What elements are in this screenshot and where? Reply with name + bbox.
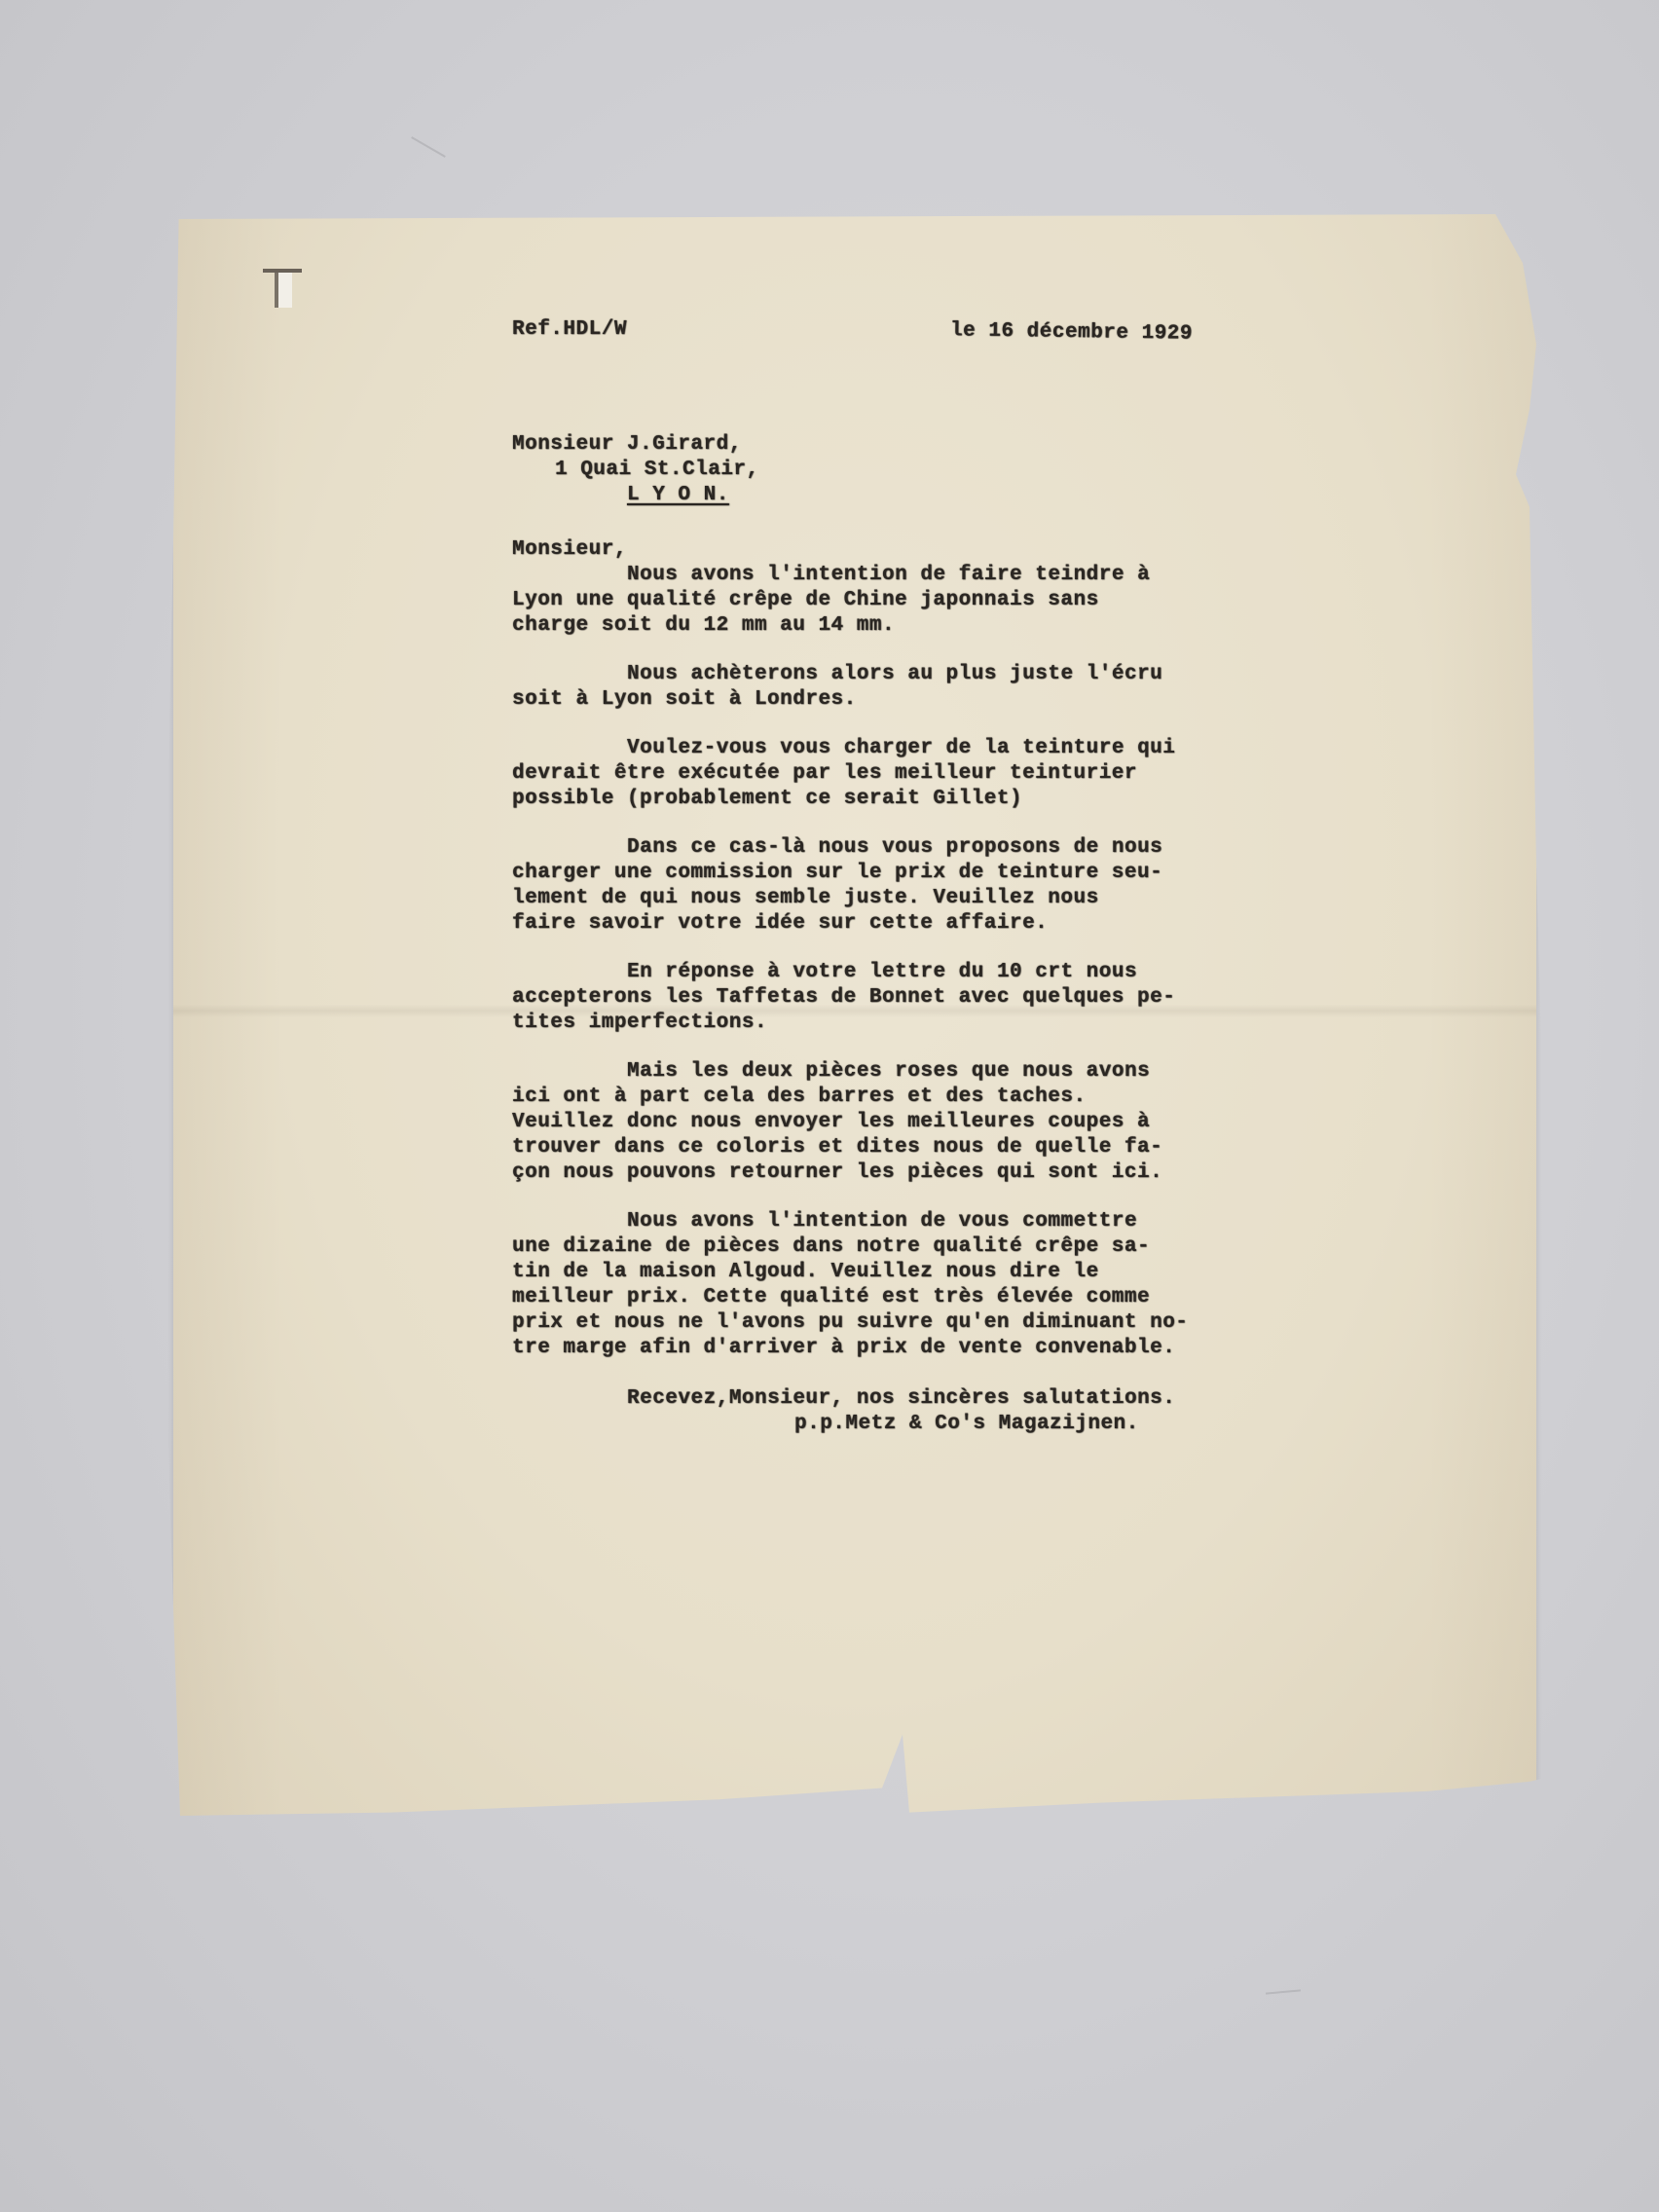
paragraph-2: Nous achèterons alors au plus juste l'éc… (512, 662, 1486, 713)
text-line: possible (probablement ce serait Gillet) (512, 787, 1486, 812)
letter-paper: Ref.HDL/W le 16 décembre 1929 Monsieur J… (173, 214, 1536, 1840)
background-scratch (1266, 1989, 1301, 1994)
letter-header: Ref.HDL/W le 16 décembre 1929 (512, 317, 1486, 343)
text-line: accepterons les Taffetas de Bonnet avec … (512, 985, 1486, 1011)
text-line: charge soit du 12 mm au 14 mm. (512, 613, 1486, 639)
punch-hole-mark (257, 269, 304, 315)
text-line: Nous avons l'intention de faire teindre … (512, 563, 1486, 588)
text-line: Nous avons l'intention de vous commettre (512, 1209, 1486, 1235)
recipient-city: L Y O N. (512, 483, 1486, 508)
text-line: tites imperfections. (512, 1011, 1486, 1036)
paragraph-1: Nous avons l'intention de faire teindre … (512, 563, 1486, 639)
text-line: çon nous pouvons retourner les pièces qu… (512, 1161, 1486, 1186)
salutation: Monsieur, (512, 537, 1486, 563)
text-line: meilleur prix. Cette qualité est très él… (512, 1285, 1486, 1310)
recipient-address: Monsieur J.Girard, 1 Quai St.Clair, L Y … (512, 432, 1486, 508)
text-line: charger une commission sur le prix de te… (512, 861, 1486, 886)
paragraph-5: En réponse à votre lettre du 10 crt nous… (512, 960, 1486, 1036)
text-line: Mais les deux pièces roses que nous avon… (512, 1059, 1486, 1085)
reference-code: Ref.HDL/W (512, 317, 627, 343)
text-line: Veuillez donc nous envoyer les meilleure… (512, 1110, 1486, 1135)
text-line: tre marge afin d'arriver à prix de vente… (512, 1336, 1486, 1361)
recipient-name: Monsieur J.Girard, (512, 432, 1486, 458)
closing-line: Recevez,Monsieur, nos sincères salutatio… (512, 1386, 1486, 1412)
text-line: devrait être exécutée par les meilleur t… (512, 761, 1486, 787)
text-line: ici ont à part cela des barres et des ta… (512, 1085, 1486, 1110)
text-line: tin de la maison Algoud. Veuillez nous d… (512, 1260, 1486, 1285)
text-line: Voulez-vous vous charger de la teinture … (512, 736, 1486, 761)
letter-body: Ref.HDL/W le 16 décembre 1929 Monsieur J… (512, 317, 1486, 1437)
text-line: faire savoir votre idée sur cette affair… (512, 911, 1486, 937)
signature-line: p.p.Metz & Co's Magazijnen. (512, 1412, 1486, 1437)
recipient-street: 1 Quai St.Clair, (512, 458, 1486, 483)
text-line: prix et nous ne l'avons pu suivre qu'en … (512, 1310, 1486, 1336)
text-line: En réponse à votre lettre du 10 crt nous (512, 960, 1486, 985)
letter-date: le 16 décembre 1929 (950, 318, 1193, 347)
text-line: lement de qui nous semble juste. Veuille… (512, 886, 1486, 911)
paragraph-3: Voulez-vous vous charger de la teinture … (512, 736, 1486, 812)
text-line: Dans ce cas-là nous vous proposons de no… (512, 835, 1486, 861)
text-line: soit à Lyon soit à Londres. (512, 687, 1486, 713)
paragraph-4: Dans ce cas-là nous vous proposons de no… (512, 835, 1486, 937)
paragraph-6: Mais les deux pièces roses que nous avon… (512, 1059, 1486, 1186)
text-line: trouver dans ce coloris et dites nous de… (512, 1135, 1486, 1161)
paragraph-7: Nous avons l'intention de vous commettre… (512, 1209, 1486, 1361)
punch-mark-stem (275, 273, 292, 308)
text-line: Lyon une qualité crêpe de Chine japonnai… (512, 588, 1486, 613)
background-scratch (411, 136, 446, 158)
text-line: Nous achèterons alors au plus juste l'éc… (512, 662, 1486, 687)
text-line: une dizaine de pièces dans notre qualité… (512, 1235, 1486, 1260)
